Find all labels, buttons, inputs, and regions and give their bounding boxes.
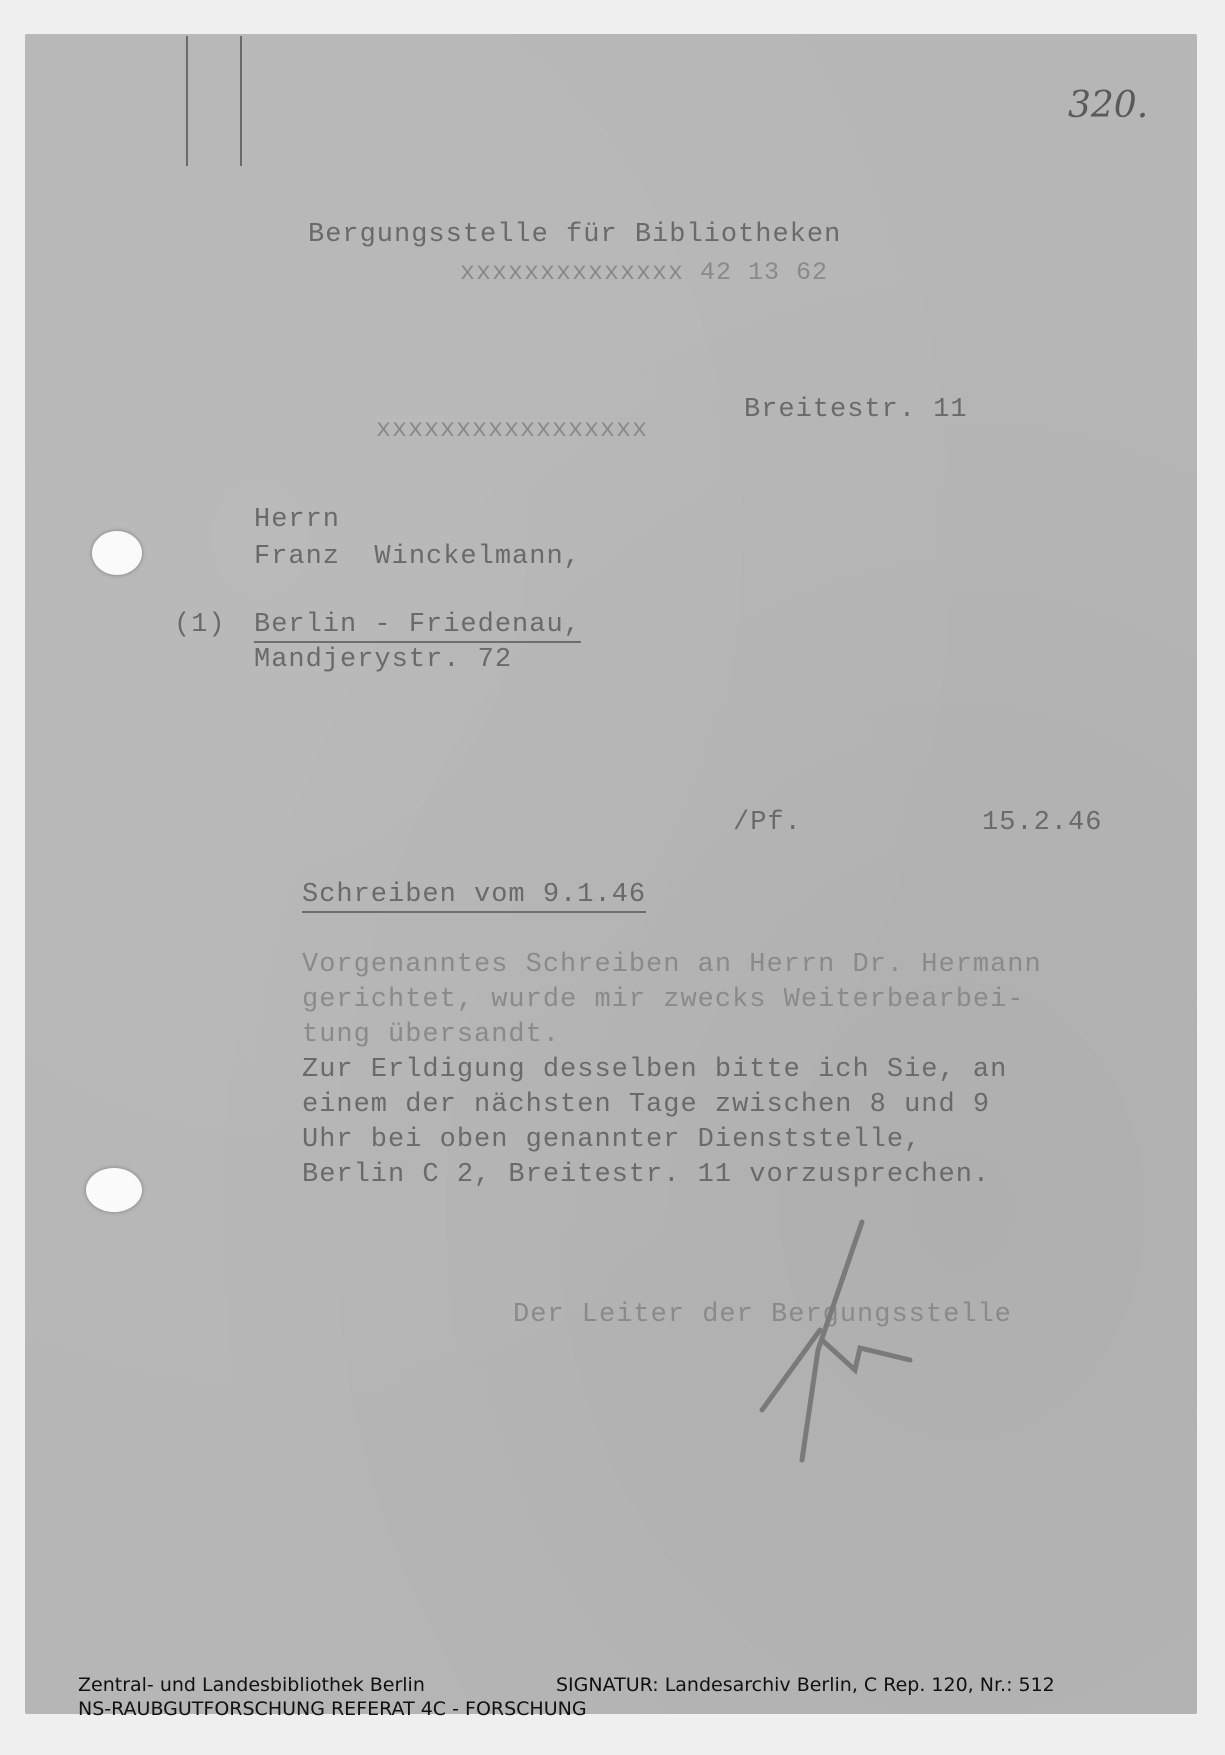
letter-date: 15.2.46 — [982, 808, 1102, 838]
body-line: tung übersandt. — [302, 1020, 560, 1050]
body-line: einem der nächsten Tage zwischen 8 und 9 — [302, 1090, 990, 1120]
letterhead-org: Bergungsstelle für Bibliotheken — [308, 220, 841, 250]
body-line: Vorgenanntes Schreiben an Herrn Dr. Herm… — [302, 950, 1042, 980]
reference-initials: /Pf. — [733, 808, 802, 838]
footer-department: NS-RAUBGUTFORSCHUNG REFERAT 4C - FORSCHU… — [78, 1698, 587, 1720]
handwritten-signature — [740, 1210, 940, 1470]
sender-street: Breitestr. 11 — [744, 395, 968, 425]
binder-mark-right — [240, 36, 242, 166]
letterhead-phone: xxxxxxxxxxxxxx 42 13 62 — [460, 258, 828, 287]
struck-text: xxxxxxxxxxxxxxxxx — [376, 415, 648, 444]
recipient-postal-prefix: (1) — [174, 610, 226, 640]
body-line: Zur Erldigung desselben bitte ich Sie, a… — [302, 1055, 1007, 1085]
body-line: Berlin C 2, Breitestr. 11 vorzusprechen. — [302, 1160, 990, 1190]
punch-hole-top — [92, 531, 142, 575]
body-line: Uhr bei oben genannter Dienststelle, — [302, 1125, 921, 1155]
recipient-salutation: Herrn — [254, 505, 340, 535]
punch-hole-bottom — [86, 1168, 142, 1212]
recipient-name: Franz Winckelmann, — [254, 542, 581, 572]
body-line: gerichtet, wurde mir zwecks Weiterbearbe… — [302, 985, 1025, 1015]
recipient-city: Berlin - Friedenau, — [254, 610, 581, 643]
subject-line: Schreiben vom 9.1.46 — [302, 880, 646, 913]
footer-signatur: SIGNATUR: Landesarchiv Berlin, C Rep. 12… — [556, 1674, 1055, 1696]
footer-institution: Zentral- und Landesbibliothek Berlin — [78, 1674, 425, 1696]
page-number: 320. — [1068, 85, 1148, 126]
recipient-street: Mandjerystr. 72 — [254, 645, 512, 675]
binder-mark-left — [186, 36, 188, 166]
